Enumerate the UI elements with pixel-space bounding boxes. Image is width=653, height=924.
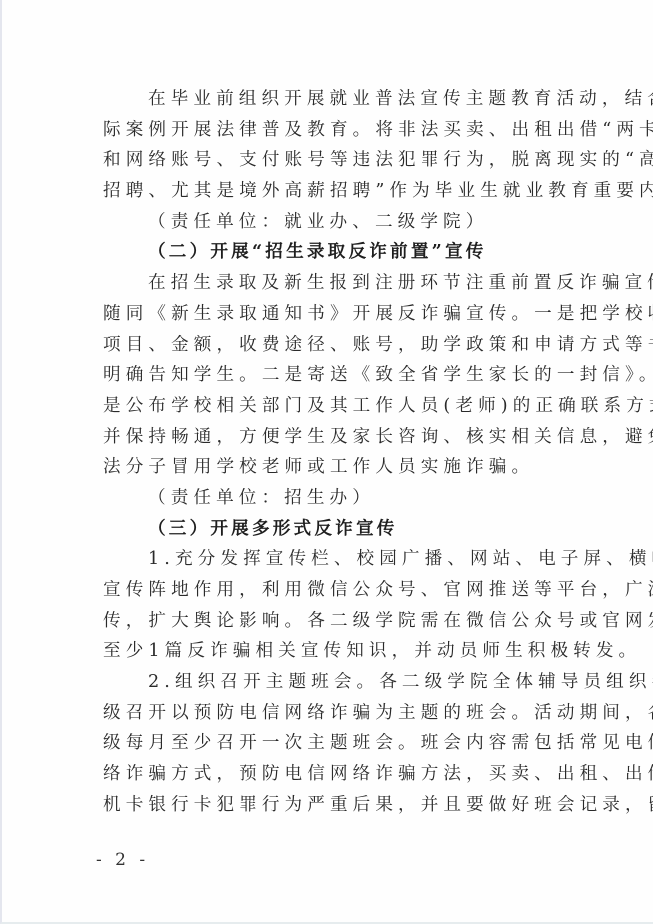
paragraph-line: 法分子冒用学校老师或工作人员实施诈骗。 (103, 452, 563, 483)
page-number: - 2 - (96, 850, 149, 870)
responsibility-note: （责任单位：招生办） (103, 483, 563, 514)
paragraph-line: 2.组织召开主题班会。各二级学院全体辅导员组织各班 (103, 667, 563, 698)
document-body: 在毕业前组织开展就业普法宣传主题教育活动，结合实 际案例开展法律普及教育。将非法… (103, 84, 563, 821)
paragraph-line: 在招生录取及新生报到注册环节注重前置反诈骗宣传， (103, 268, 563, 299)
paragraph-line: 宣传阵地作用，利用微信公众号、官网推送等平台，广泛宣 (103, 575, 563, 606)
paragraph-line: 在毕业前组织开展就业普法宣传主题教育活动，结合实 (103, 84, 563, 115)
document-page: 在毕业前组织开展就业普法宣传主题教育活动，结合实 际案例开展法律普及教育。将非法… (0, 0, 653, 924)
section-heading-2: （二）开展“招生录取反诈前置”宣传 (103, 237, 563, 268)
paragraph-line: 招聘、尤其是境外高薪招聘”作为毕业生就业教育重要内容。 (103, 176, 563, 207)
paragraph-line: 传，扩大舆论影响。各二级学院需在微信公众号或官网发布 (103, 606, 563, 637)
paragraph-line: 级每月至少召开一次主题班会。班会内容需包括常见电信网 (103, 728, 563, 759)
paragraph-line: 1.充分发挥宣传栏、校园广播、网站、电子屏、横幅等 (103, 544, 563, 575)
paragraph-line: 项目、金额，收费途径、账号，助学政策和申请方式等书面 (103, 330, 563, 361)
paragraph-line: 是公布学校相关部门及其工作人员(老师)的正确联系方式， (103, 391, 563, 422)
paragraph-line: 明确告知学生。二是寄送《致全省学生家长的一封信》。三 (103, 360, 563, 391)
section-heading-3: （三）开展多形式反诈宣传 (103, 514, 563, 545)
paragraph-line: 级召开以预防电信网络诈骗为主题的班会。活动期间，各班 (103, 698, 563, 729)
paragraph-line: 际案例开展法律普及教育。将非法买卖、出租出借“两卡” (103, 115, 563, 146)
paragraph-line: 和网络账号、支付账号等违法犯罪行为，脱离现实的“高薪 (103, 145, 563, 176)
paragraph-line: 机卡银行卡犯罪行为严重后果，并且要做好班会记录，留存 (103, 790, 563, 821)
responsibility-note: （责任单位：就业办、二级学院） (103, 207, 563, 238)
paragraph-line: 随同《新生录取通知书》开展反诈骗宣传。一是把学校收费 (103, 299, 563, 330)
paragraph-line: 并保持畅通，方便学生及家长咨询、核实相关信息，避免不 (103, 422, 563, 453)
paragraph-line: 络诈骗方式，预防电信网络诈骗方法，买卖、出租、出借手 (103, 759, 563, 790)
paragraph-line: 至少1篇反诈骗相关宣传知识，并动员师生积极转发。 (103, 636, 563, 667)
